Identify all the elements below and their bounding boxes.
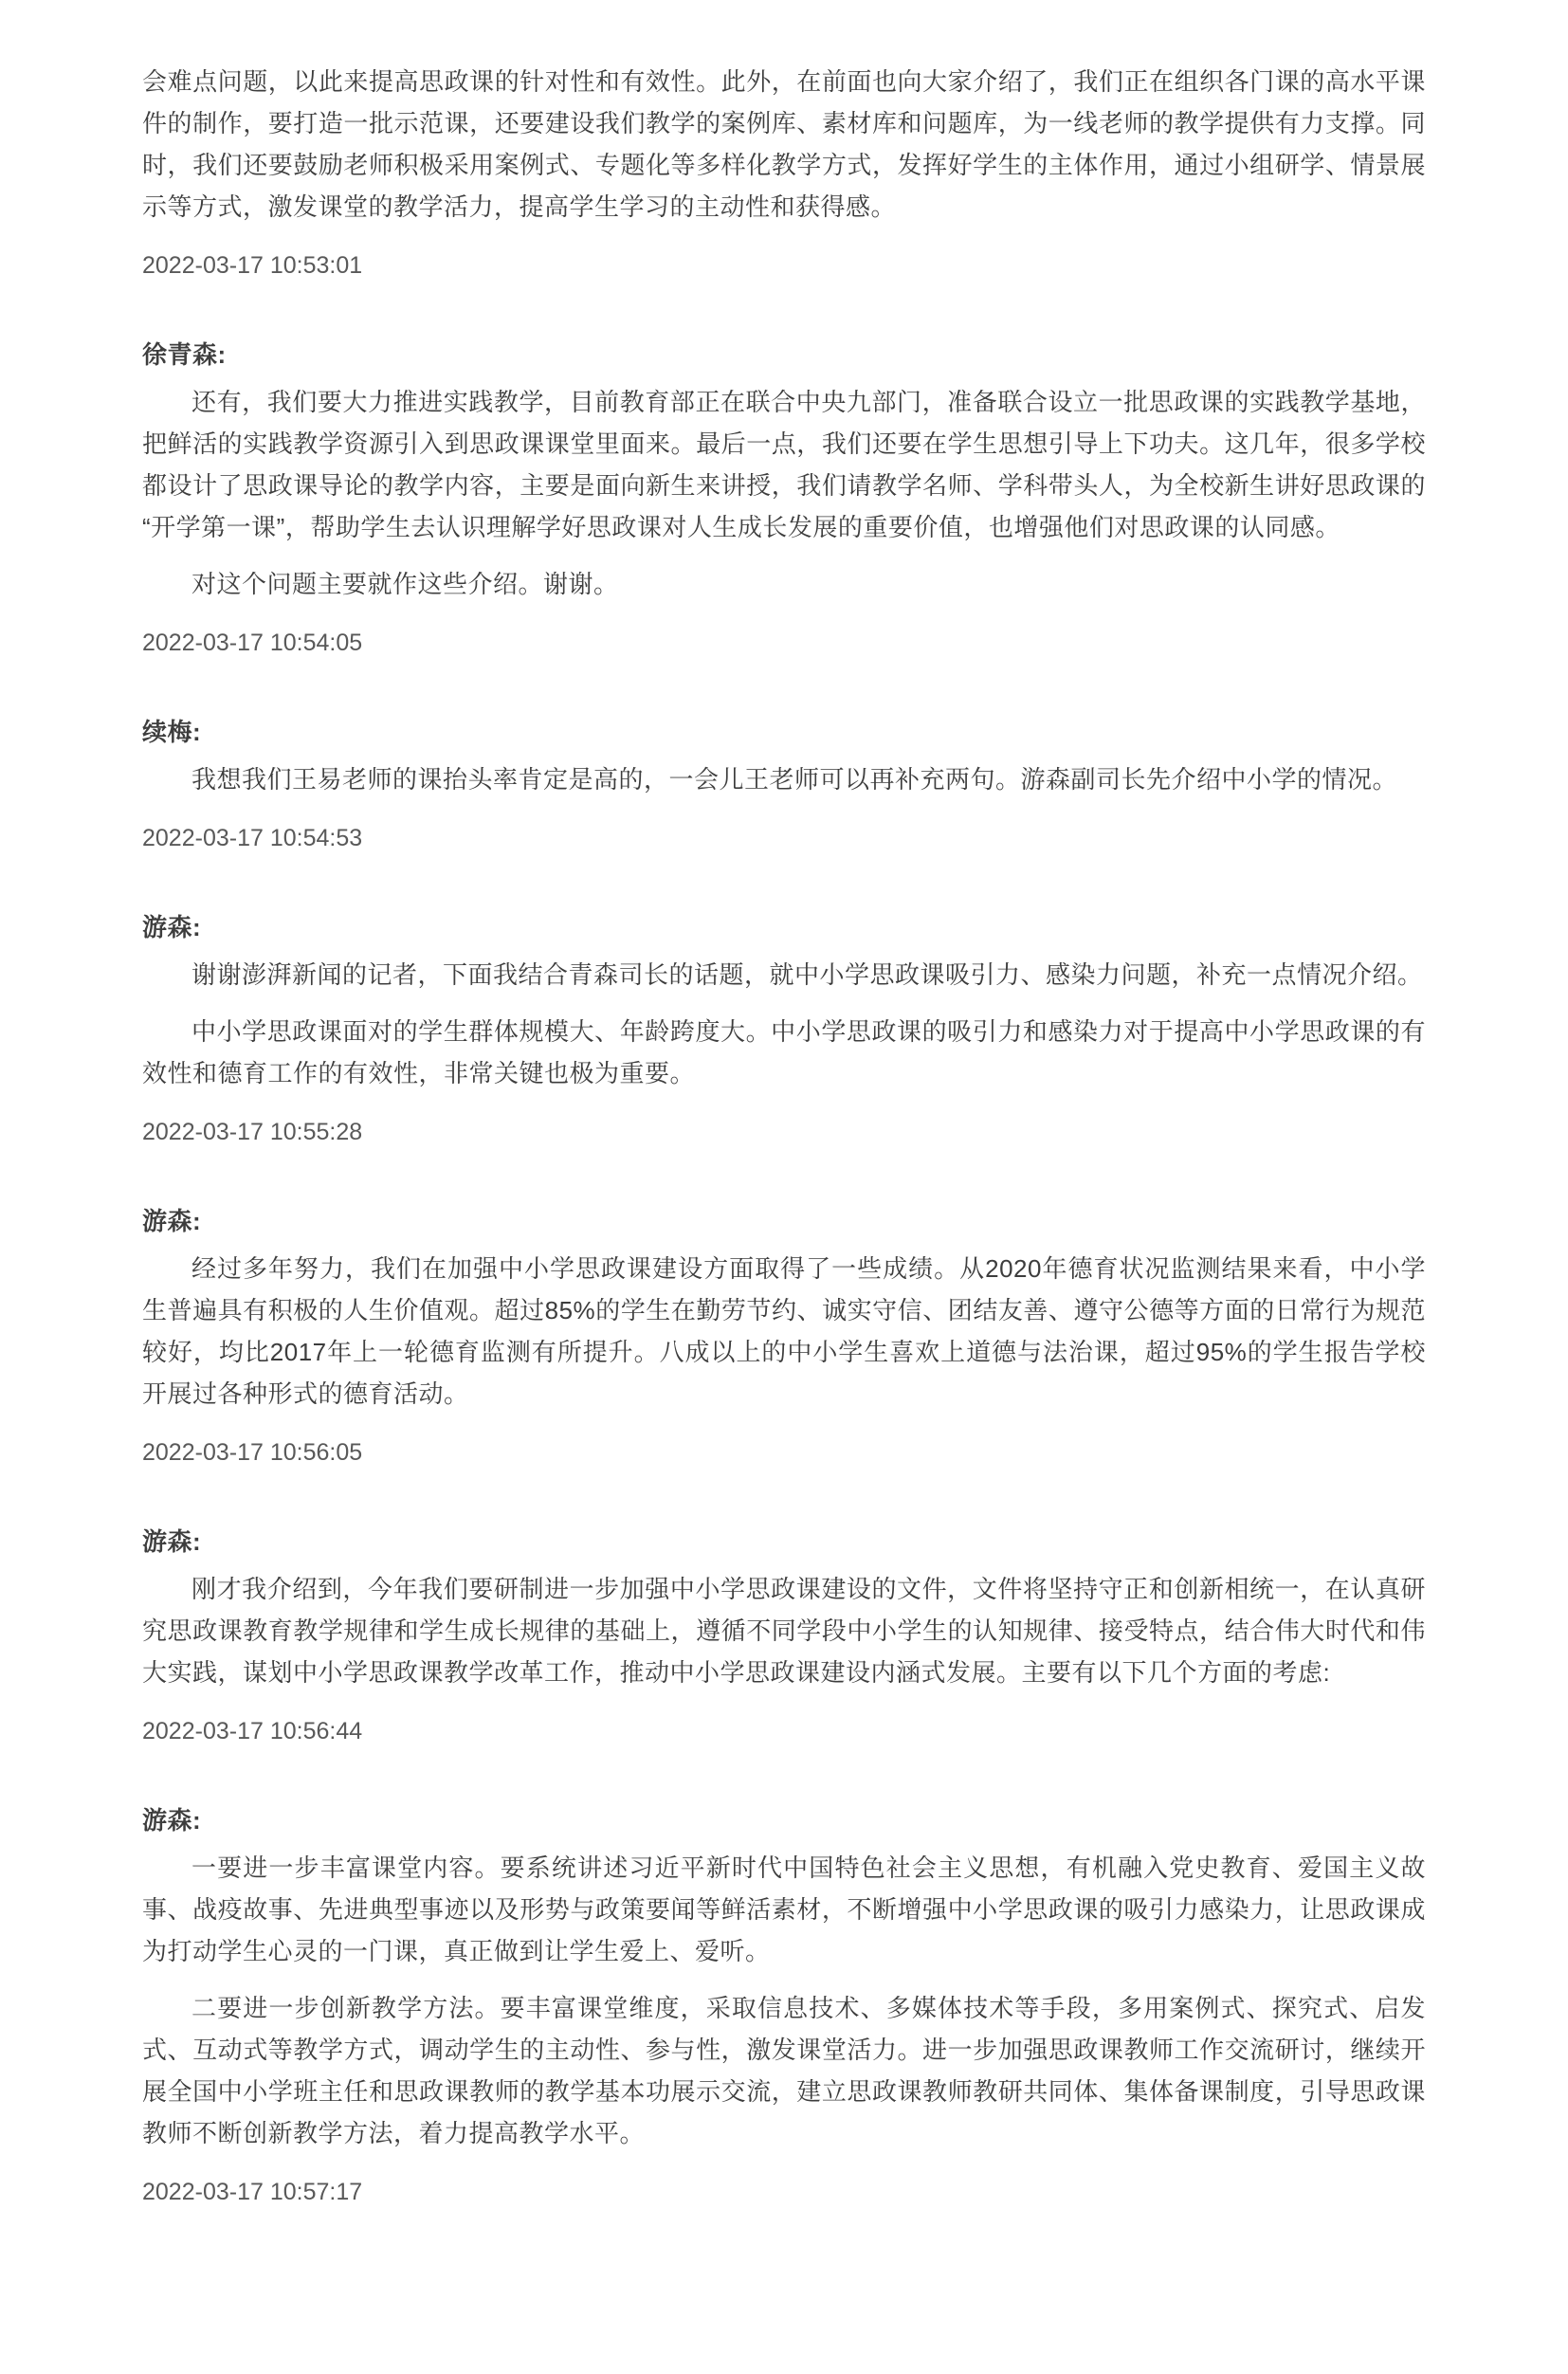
message-block: 徐青森: 还有，我们要大力推进实践教学，目前教育部正在联合中央九部门，准备联合设… <box>142 334 1426 664</box>
message-block: 游森: 谢谢澎湃新闻的记者，下面我结合青森司长的话题，就中小学思政课吸引力、感染… <box>142 906 1426 1153</box>
message-paragraphs: 经过多年努力，我们在加强中小学思政课建设方面取得了一些成绩。从2020年德育状况… <box>142 1248 1426 1415</box>
message-block: 会难点问题，以此来提高思政课的针对性和有效性。此外，在前面也向大家介绍了，我们正… <box>142 61 1426 286</box>
message-paragraphs: 谢谢澎湃新闻的记者，下面我结合青森司长的话题，就中小学思政课吸引力、感染力问题，… <box>142 954 1426 1094</box>
paragraph: 谢谢澎湃新闻的记者，下面我结合青森司长的话题，就中小学思政课吸引力、感染力问题，… <box>142 954 1426 995</box>
paragraph: 我想我们王易老师的课抬头率肯定是高的，一会儿王老师可以再补充两句。游森副司长先介… <box>142 758 1426 800</box>
timestamp: 2022-03-17 10:53:01 <box>142 245 1426 286</box>
message-paragraphs: 会难点问题，以此来提高思政课的针对性和有效性。此外，在前面也向大家介绍了，我们正… <box>142 61 1426 228</box>
message-paragraphs: 刚才我介绍到，今年我们要研制进一步加强中小学思政课建设的文件，文件将坚持守正和创… <box>142 1568 1426 1693</box>
message-paragraphs: 还有，我们要大力推进实践教学，目前教育部正在联合中央九部门，准备联合设立一批思政… <box>142 381 1426 605</box>
timestamp: 2022-03-17 10:56:44 <box>142 1710 1426 1752</box>
transcript: 会难点问题，以此来提高思政课的针对性和有效性。此外，在前面也向大家介绍了，我们正… <box>142 61 1426 2213</box>
paragraph: 还有，我们要大力推进实践教学，目前教育部正在联合中央九部门，准备联合设立一批思政… <box>142 381 1426 548</box>
message-paragraphs: 我想我们王易老师的课抬头率肯定是高的，一会儿王老师可以再补充两句。游森副司长先介… <box>142 758 1426 800</box>
timestamp: 2022-03-17 10:54:53 <box>142 817 1426 859</box>
paragraph: 刚才我介绍到，今年我们要研制进一步加强中小学思政课建设的文件，文件将坚持守正和创… <box>142 1568 1426 1693</box>
speaker-name: 游森: <box>142 1521 1426 1562</box>
speaker-name: 游森: <box>142 1200 1426 1242</box>
transcript-page: 会难点问题，以此来提高思政课的针对性和有效性。此外，在前面也向大家介绍了，我们正… <box>0 0 1568 2374</box>
paragraph: 一要进一步丰富课堂内容。要系统讲述习近平新时代中国特色社会主义思想，有机融入党史… <box>142 1847 1426 1972</box>
message-block: 游森: 刚才我介绍到，今年我们要研制进一步加强中小学思政课建设的文件，文件将坚持… <box>142 1521 1426 1752</box>
paragraph: 中小学思政课面对的学生群体规模大、年龄跨度大。中小学思政课的吸引力和感染力对于提… <box>142 1011 1426 1094</box>
message-block: 游森: 经过多年努力，我们在加强中小学思政课建设方面取得了一些成绩。从2020年… <box>142 1200 1426 1473</box>
timestamp: 2022-03-17 10:57:17 <box>142 2171 1426 2213</box>
paragraph: 会难点问题，以此来提高思政课的针对性和有效性。此外，在前面也向大家介绍了，我们正… <box>142 61 1426 228</box>
message-paragraphs: 一要进一步丰富课堂内容。要系统讲述习近平新时代中国特色社会主义思想，有机融入党史… <box>142 1847 1426 2154</box>
message-block: 续梅: 我想我们王易老师的课抬头率肯定是高的，一会儿王老师可以再补充两句。游森副… <box>142 711 1426 859</box>
paragraph: 二要进一步创新教学方法。要丰富课堂维度，采取信息技术、多媒体技术等手段，多用案例… <box>142 1987 1426 2154</box>
timestamp: 2022-03-17 10:55:28 <box>142 1111 1426 1153</box>
speaker-name: 徐青森: <box>142 334 1426 375</box>
timestamp: 2022-03-17 10:54:05 <box>142 622 1426 664</box>
speaker-name: 续梅: <box>142 711 1426 753</box>
message-block: 游森: 一要进一步丰富课堂内容。要系统讲述习近平新时代中国特色社会主义思想，有机… <box>142 1799 1426 2213</box>
speaker-name: 游森: <box>142 906 1426 948</box>
timestamp: 2022-03-17 10:56:05 <box>142 1432 1426 1473</box>
paragraph: 经过多年努力，我们在加强中小学思政课建设方面取得了一些成绩。从2020年德育状况… <box>142 1248 1426 1415</box>
speaker-name: 游森: <box>142 1799 1426 1841</box>
paragraph: 对这个问题主要就作这些介绍。谢谢。 <box>142 563 1426 605</box>
